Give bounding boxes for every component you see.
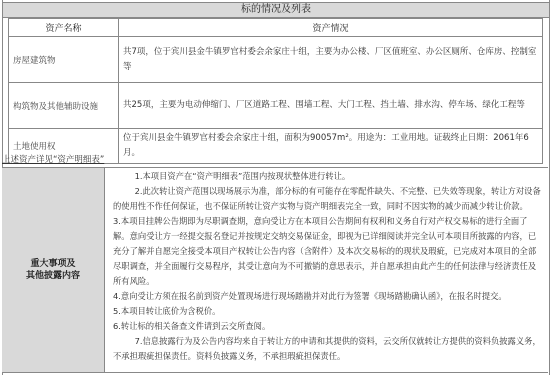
asset-desc: 共7项，位于宾川县金牛镇罗官村委会余家庄十组，主要为办公楼、厂区值班室、办公区厕… (119, 37, 543, 83)
asset-table: 资产名称 资产情况 房屋建筑物 共7项，位于宾川县金牛镇罗官村委会余家庄十组，主… (8, 18, 543, 164)
disclosure-label-line1: 重大事项及 (30, 259, 75, 269)
section-title: 标的情况及列表 (3, 3, 549, 18)
asset-detail-note: 上述资产详见“资产明细表” (2, 155, 104, 166)
header-asset-name: 资产名称 (9, 19, 119, 37)
asset-desc: 位于宾川县金牛镇罗官村委会余家庄十组，面积为90057m²。用途为：工业用地。证… (119, 129, 543, 164)
asset-name: 房屋建筑物 (9, 37, 119, 83)
disclosure-label-line2: 其他披露内容 (26, 271, 80, 281)
disclosure-item-2: 2.此次转让资产范围以现场展示为准，部分标的有可能存在零配件缺失、不完整、已失效… (113, 184, 542, 214)
disclosure-item-3: 3.本项目挂牌公告期即为尽职调查期，意向受让方在本项目公告期间有权利和义务自行对… (113, 214, 542, 289)
disclosure-item-4: 4.意向受让方须在报名前到资产处置现场进行现场踏勘并对此行为签署《现场踏勘确认函… (113, 289, 542, 304)
table-row: 构筑物及其他辅助设施 共25项，主要为电动伸缩门、厂区道路工程、围墙工程、大门工… (9, 83, 543, 129)
header-asset-desc: 资产情况 (119, 19, 543, 37)
disclosure-section: 重大事项及其他披露内容 1.本项目资产在“资产明细表”范围内按现状整体进行转让。… (2, 167, 548, 373)
disclosure-body: 1.本项目资产在“资产明细表”范围内按现状整体进行转让。 2.此次转让资产范围以… (105, 168, 548, 372)
asset-name: 构筑物及其他辅助设施 (9, 83, 119, 129)
table-row: 房屋建筑物 共7项，位于宾川县金牛镇罗官村委会余家庄十组，主要为办公楼、厂区值班… (9, 37, 543, 83)
disclosure-item-6: 6.转让标的相关备查文件请到云交所查阅。 (113, 319, 542, 334)
asset-desc: 共25项，主要为电动伸缩门、厂区道路工程、围墙工程、大门工程、挡土墙、排水沟、停… (119, 83, 543, 129)
disclosure-item-7: 7.信息披露行为及公告内容均来自于转让方的申请和其提供的资料，云交所仅就转让方提… (113, 334, 542, 364)
disclosure-item-1: 1.本项目资产在“资产明细表”范围内按现状整体进行转让。 (113, 169, 542, 184)
disclosure-label: 重大事项及其他披露内容 (2, 168, 105, 372)
disclosure-item-5: 5.本项目转让底价为含税价。 (113, 304, 542, 319)
table-header-row: 资产名称 资产情况 (9, 19, 543, 37)
